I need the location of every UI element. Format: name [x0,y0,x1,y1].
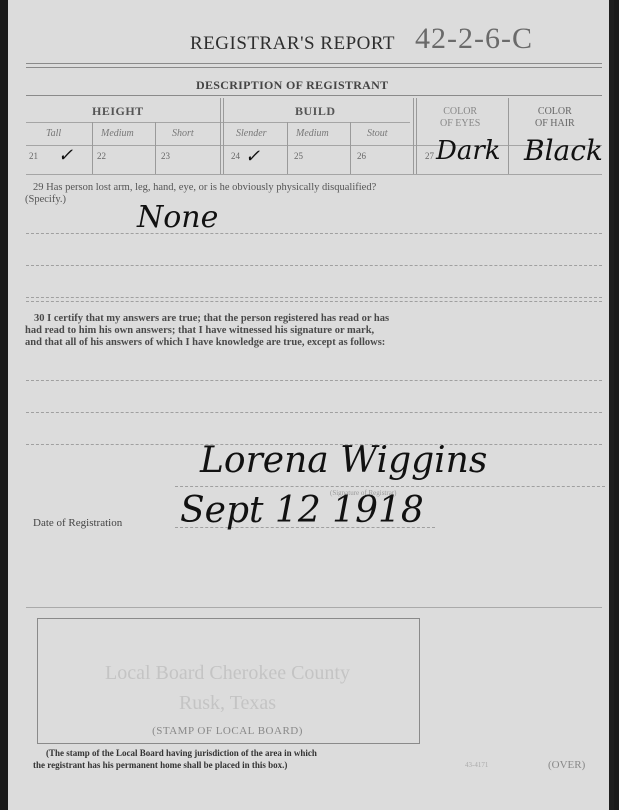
registration-date: Sept 12 1918 [180,490,424,531]
section-title: DESCRIPTION OF REGISTRANT [196,78,388,93]
field-number: 23 [161,151,170,161]
stamp-line-2: Rusk, Texas [37,692,418,715]
table-vline [413,98,414,174]
build-stout-label: Stout [367,128,388,139]
table-vline [223,98,224,174]
table-vline [155,122,156,174]
height-header: HEIGHT [92,104,144,119]
certification-line-2: had read to him his own answers; that I … [25,325,374,337]
stamp-note-1: (The stamp of the Local Board having jur… [46,748,317,759]
field-number: 26 [357,151,366,161]
signature-line [175,486,605,487]
scan-edge [609,0,614,810]
height-medium-label: Medium [101,128,134,139]
eyes-header: COLOR OF EYES [440,106,480,130]
divider [26,63,602,64]
eyes-label: COLOR [440,106,480,118]
table-vline [220,98,221,174]
slender-checkmark: ✓ [245,146,260,167]
certification-line-1: 30 I certify that my answers are true; t… [34,313,389,325]
field-number: 21 [29,151,38,161]
height-short-label: Short [172,128,194,139]
date-of-registration-label: Date of Registration [33,517,122,529]
table-vline [350,122,351,174]
height-tall-label: Tall [46,128,61,139]
eye-color-value: Dark [436,136,501,166]
answer-line [26,265,602,266]
divider [26,607,602,608]
divider [26,67,602,68]
hair-label: COLOR [535,106,575,118]
field-number: 22 [97,151,106,161]
disqualification-answer: None [137,200,218,235]
table-vline [92,122,93,174]
build-medium-label: Medium [296,128,329,139]
table-line [26,145,602,146]
registrar-signature: Lorena Wiggins [200,440,487,481]
document-title: REGISTRAR'S REPORT [190,33,395,55]
eyes-label: OF EYES [440,118,480,130]
serial-stamp: 42-2-6-C [415,22,533,56]
build-header: BUILD [295,104,336,119]
table-vline [416,98,417,174]
stamp-note-2: the registrant has his permanent home sh… [33,760,287,771]
answer-line [26,233,602,234]
table-line [26,174,602,175]
field-number: 27 [425,151,434,161]
field-number: 24 [231,151,240,161]
answer-line [26,412,602,413]
table-vline [287,122,288,174]
table-line [26,122,410,123]
specify-label: (Specify.) [25,194,66,206]
hair-header: COLOR OF HAIR [535,106,575,130]
table-vline [508,98,509,174]
hair-color-value: Black [524,134,603,167]
build-slender-label: Slender [236,128,267,139]
over-label: (OVER) [548,759,585,771]
answer-line [26,301,602,302]
stamp-line-1: Local Board Cherokee County [37,662,418,685]
certification-line-3: and that all of his answers of which I h… [25,337,385,349]
tall-checkmark: ✓ [58,145,73,166]
form-code: 43-4171 [465,761,488,769]
answer-line [26,380,602,381]
field-number: 25 [294,151,303,161]
question-29-text: 29 Has person lost arm, leg, hand, eye, … [33,182,613,194]
answer-line [26,297,602,298]
hair-label: OF HAIR [535,118,575,130]
stamp-caption: (STAMP OF LOCAL BOARD) [37,725,418,737]
divider [26,95,602,96]
